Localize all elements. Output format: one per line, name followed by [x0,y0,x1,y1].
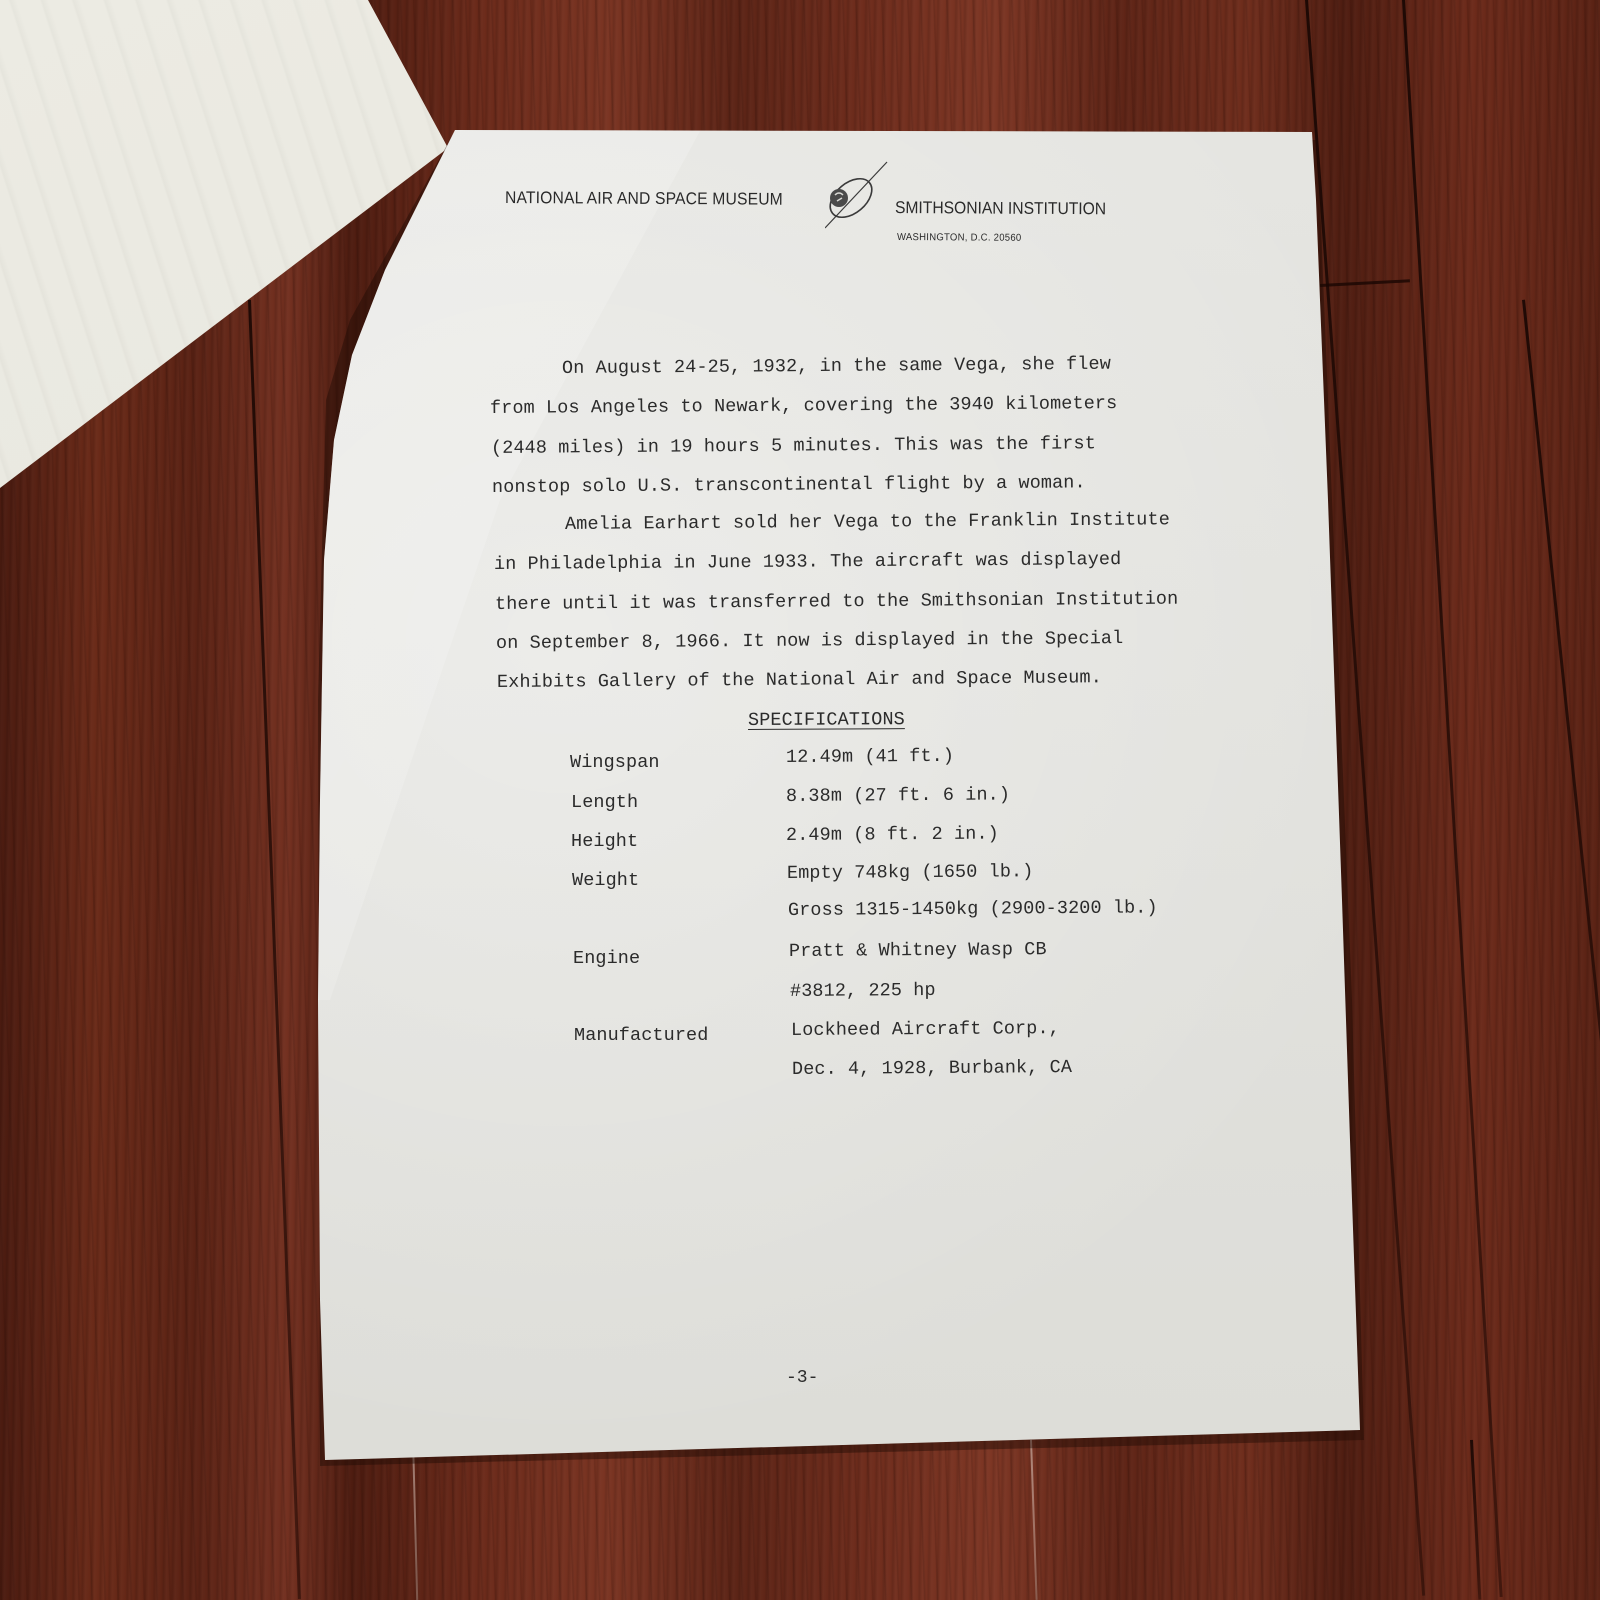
body-line: Amelia Earhart sold her Vega to the Fran… [565,509,1170,535]
body-line: On August 24-25, 1932, in the same Vega,… [562,354,1111,379]
spec-label-height: Height [571,831,638,852]
spec-value-manufacturer: Lockheed Aircraft Corp., [791,1018,1060,1041]
body-line: nonstop solo U.S. transcontinental fligh… [492,472,1086,498]
body-line: Exhibits Gallery of the National Air and… [497,667,1102,693]
body-line: on September 8, 1966. It now is displaye… [496,628,1123,654]
spec-value-height: 2.49m (8 ft. 2 in.) [786,824,999,846]
letterhead-address: WASHINGTON, D.C. 20560 [897,232,1022,244]
spec-label-length: Length [571,792,638,813]
spec-value-manufacture-date: Dec. 4, 1928, Burbank, CA [792,1057,1072,1080]
spec-label-weight: Weight [572,870,639,891]
page-number: -3- [786,1368,818,1388]
spec-value-length: 8.38m (27 ft. 6 in.) [786,784,1010,807]
spec-label-wingspan: Wingspan [570,752,660,773]
document-content: NATIONAL AIR AND SPACE MUSEUM SMITHSONIA… [0,0,1600,1600]
spec-value-engine-serial: #3812, 225 hp [790,980,936,1002]
spec-value-wingspan: 12.49m (41 ft.) [786,746,954,768]
spec-value-engine-model: Pratt & Whitney Wasp CB [789,939,1047,962]
spec-value-weight-gross: Gross 1315-1450kg (2900-3200 lb.) [788,897,1158,921]
smithsonian-logo-icon [825,160,905,235]
letterhead-institution-name: SMITHSONIAN INSTITUTION [895,198,1106,219]
spec-label-manufactured: Manufactured [574,1025,708,1046]
body-line: in Philadelphia in June 1933. The aircra… [494,549,1121,575]
specifications-heading: SPECIFICATIONS [748,709,905,731]
letterhead-museum-name: NATIONAL AIR AND SPACE MUSEUM [505,188,783,210]
body-line: (2448 miles) in 19 hours 5 minutes. This… [491,433,1096,459]
spec-value-weight-empty: Empty 748kg (1650 lb.) [787,861,1034,884]
body-line: there until it was transferred to the Sm… [495,589,1178,615]
spec-label-engine: Engine [573,948,640,969]
body-line: from Los Angeles to Newark, covering the… [490,393,1117,419]
